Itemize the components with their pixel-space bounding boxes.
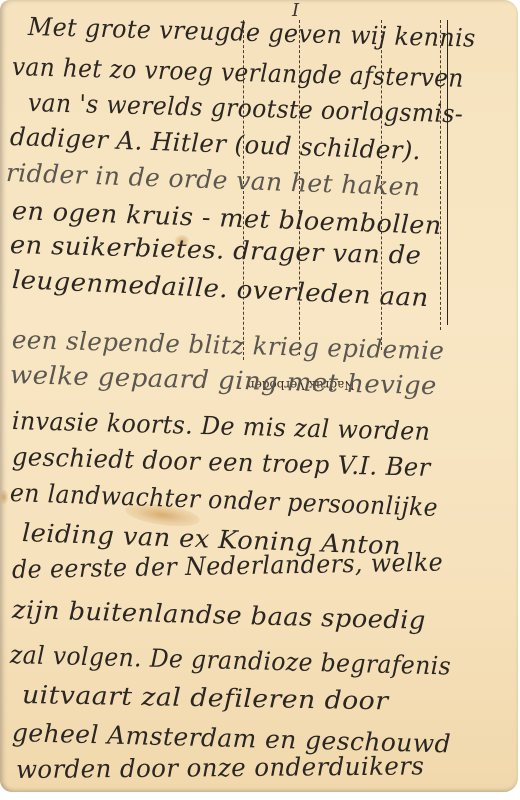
postcard-back: I Nadruk Verboden Met grote vreugde geve… — [0, 0, 518, 792]
handwritten-line: de eerste der Nederlanders, welke — [12, 546, 506, 584]
handwritten-line: van 's werelds grootste oorlogsmis- — [28, 88, 517, 130]
stain-edge — [0, 490, 8, 504]
handwritten-line: invasie koorts. De mis zal worden — [12, 406, 507, 448]
handwritten-line: geschiedt door een troep V.I. Ber — [12, 442, 517, 484]
handwritten-line: een slepende blitz krieg epidemie — [12, 325, 520, 367]
handwritten-line: welke gepaard ging met hevige — [10, 360, 520, 403]
handwritten-line: zal volgen. De grandioze begrafenis — [10, 640, 499, 682]
handwritten-line: van het zo vroeg verlangde afsterven — [12, 52, 496, 94]
handwritten-line: Met grote vreugde geven wij kennis — [28, 12, 520, 54]
handwritten-line: worden door onze onderduikers — [16, 751, 520, 784]
handwritten-line: uitvaart zal defileren door — [22, 680, 520, 719]
handwritten-line: leugenmedaille. overleden aan — [11, 265, 520, 318]
handwritten-line: zijn buitenlandse baas spoedig — [12, 595, 520, 638]
page-marker: I — [292, 0, 299, 21]
handwritten-line: en landwachter onder persoonlijke — [9, 478, 499, 524]
